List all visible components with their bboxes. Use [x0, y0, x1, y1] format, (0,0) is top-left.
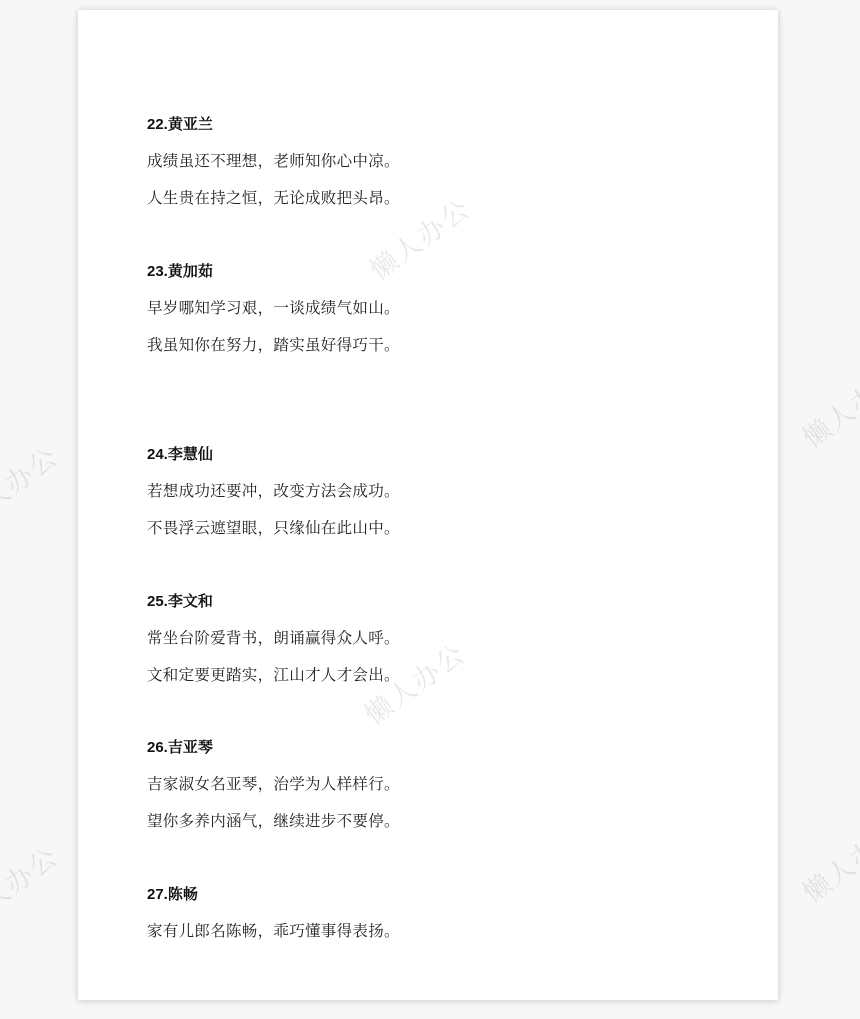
entry-line: 成绩虽还不理想，老师知你心中凉。: [147, 152, 400, 170]
entry-title: 27.陈畅: [147, 886, 198, 904]
entry-line: 我虽知你在努力，踏实虽好得巧干。: [147, 336, 400, 354]
watermark: 懒人办公: [0, 836, 65, 936]
entry-title: 26.吉亚琴: [147, 739, 213, 757]
entry-line: 文和定要更踏实，江山才人才会出。: [147, 666, 400, 684]
entry-title: 22.黄亚兰: [147, 116, 213, 134]
entry-line: 若想成功还要冲，改变方法会成功。: [147, 482, 400, 500]
entry-line: 望你多养内涵气，继续进步不要停。: [147, 812, 400, 830]
watermark: 懒人办公: [0, 436, 65, 536]
watermark: 懒人办公: [794, 811, 860, 911]
entry-line: 早岁哪知学习艰，一谈成绩气如山。: [147, 299, 400, 317]
entry-line: 家有儿郎名陈畅，乖巧懂事得表扬。: [147, 922, 400, 940]
watermark: 懒人办公: [794, 356, 860, 456]
entry-line: 常坐台阶爱背书，朗诵赢得众人呼。: [147, 629, 400, 647]
document-page: 22.黄亚兰 成绩虽还不理想，老师知你心中凉。 人生贵在持之恒，无论成败把头昂。…: [78, 10, 778, 1000]
entry-title: 25.李文和: [147, 593, 213, 611]
entry-line: 不畏浮云遮望眼，只缘仙在此山中。: [147, 519, 400, 537]
entry-title: 24.李慧仙: [147, 446, 213, 464]
entry-title: 23.黄加茹: [147, 263, 213, 281]
entry-line: 吉家淑女名亚琴，治学为人样样行。: [147, 775, 400, 793]
entry-line: 人生贵在持之恒，无论成败把头昂。: [147, 189, 400, 207]
